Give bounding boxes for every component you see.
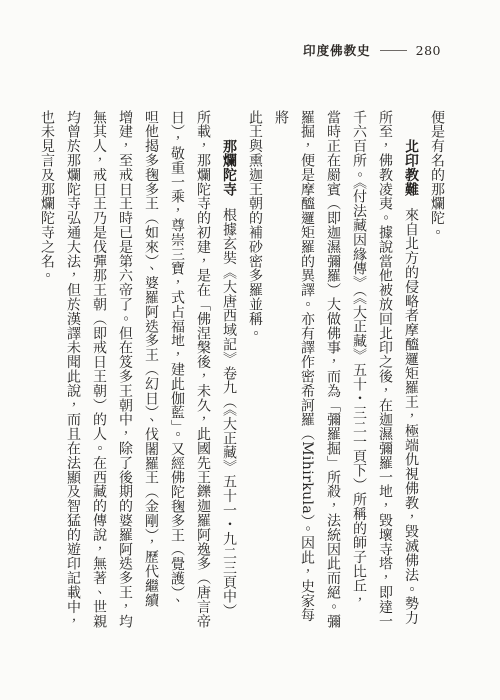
text-column: 日），敬重一乘，尊崇三寶，式占福地，建此伽藍」。又經佛陀毱多王（覺護）、 [164,110,190,631]
text-column: 所載，那爛陀寺的初建，是在「佛涅槃後，未久，此國先王鑠迦羅阿逸多（唐言帝 [190,110,216,631]
text-column: 均曾於那爛陀寺弘通大法，但於漢譯未聞此說，而且在法顯及智猛的遊印記載中， [60,110,86,631]
column-text: 無其人，戒日王乃是伐彈那王朝（即戒日王朝）的人。在西藏的傳說，無著、世親 [91,110,107,628]
column-text: 所載，那爛陀寺的初建，是在「佛涅槃後，未久，此國先王鑠迦羅阿逸多（唐言帝 [195,110,211,628]
column-text: 千六百所。《付法藏因緣傳》（《大正藏》五十・三二一頁下）所稱的師子比丘， [351,110,367,607]
book-title: 印度佛教史 [303,41,371,59]
column-text: 當時正在罽賓（即迦濕彌羅）大做佛事，而為「彌羅掘」所殺，法統因此而絕。彌 [325,110,341,628]
column-text: 日），敬重一乘，尊崇三寶，式占福地，建此伽藍」。又經佛陀毱多王（覺護）、 [169,110,185,607]
column-text: 均曾於那爛陀寺弘通大法，但於漢譯未聞此說，而且在法顯及智猛的遊印記載中， [65,110,81,628]
page-number: 280 [416,43,441,58]
column-text: 根據玄奘《大唐西域記》卷九（《大正藏》五十一・九二三頁中） [221,208,237,619]
text-column: 便是有名的那爛陀。 [424,110,450,631]
text-column: 也未見言及那爛陀寺之名。 [34,110,60,631]
text-column: 此王與熏迦王朝的補砂密多羅並稱。 [242,110,268,631]
text-column: 所至，佛教凌夷。據說當他被放回北印之後，在迦濕彌羅一地，毀壞寺塔，即達一 [372,110,398,631]
column-text: 所至，佛教凌夷。據說當他被放回北印之後，在迦濕彌羅一地，毀壞寺塔，即達一 [377,110,393,628]
text-column: 千六百所。《付法藏因緣傳》（《大正藏》五十・三二一頁下）所稱的師子比丘， [346,110,372,631]
column-text: 呾他揭多毱多王（如來）、婆羅阿迭多王（幻日）、伐闍羅王（金剛），歷代繼續 [143,110,159,607]
column-text: 也未見言及那爛陀寺之名。 [39,110,55,283]
running-header: 印度佛教史 280 [0,41,441,59]
column-text: 便是有名的那爛陀。 [429,110,445,240]
column-text: 此王與熏迦王朝的補砂密多羅並稱。 [247,110,263,340]
section-heading: 北印教難 [403,139,419,197]
text-column: 當時正在罽賓（即迦濕彌羅）大做佛事，而為「彌羅掘」所殺，法統因此而絕。彌 [320,110,346,631]
column-text: 羅掘，便是摩醯邏矩羅的異譯。亦有譯作密希訶羅（Mihirkula）。因此，史家每… [273,110,315,622]
text-column: 呾他揭多毱多王（如來）、婆羅阿迭多王（幻日）、伐闍羅王（金剛），歷代繼續 [138,110,164,631]
text-column: 羅掘，便是摩醯邏矩羅的異譯。亦有譯作密希訶羅（Mihirkula）。因此，史家每… [268,110,320,631]
header-rule [380,50,407,51]
text-column: 增建，至戒日王時已是第六帝了。但在笈多王朝中，除了後期的婆羅阿迭多王，均 [112,110,138,631]
column-text: 增建，至戒日王時已是第六帝了。但在笈多王朝中，除了後期的婆羅阿迭多王，均 [117,110,133,628]
section-column: 那爛陀寺根據玄奘《大唐西域記》卷九（《大正藏》五十一・九二三頁中） [216,110,242,631]
book-page: 印度佛教史 280 便是有名的那爛陀。北印教難來自北方的侵略者摩醯邏矩羅王，極端… [0,0,500,700]
section-column: 北印教難來自北方的侵略者摩醯邏矩羅王，極端仇視佛教，毀滅佛法。勢力 [398,110,424,631]
text-column: 無其人，戒日王乃是伐彈那王朝（即戒日王朝）的人。在西藏的傳說，無著、世親 [86,110,112,631]
body-text-block: 便是有名的那爛陀。北印教難來自北方的侵略者摩醯邏矩羅王，極端仇視佛教，毀滅佛法。… [60,110,450,631]
column-text: 來自北方的侵略者摩醯邏矩羅王，極端仇視佛教，毀滅佛法。勢力 [403,208,419,626]
section-heading: 那爛陀寺 [221,139,237,197]
